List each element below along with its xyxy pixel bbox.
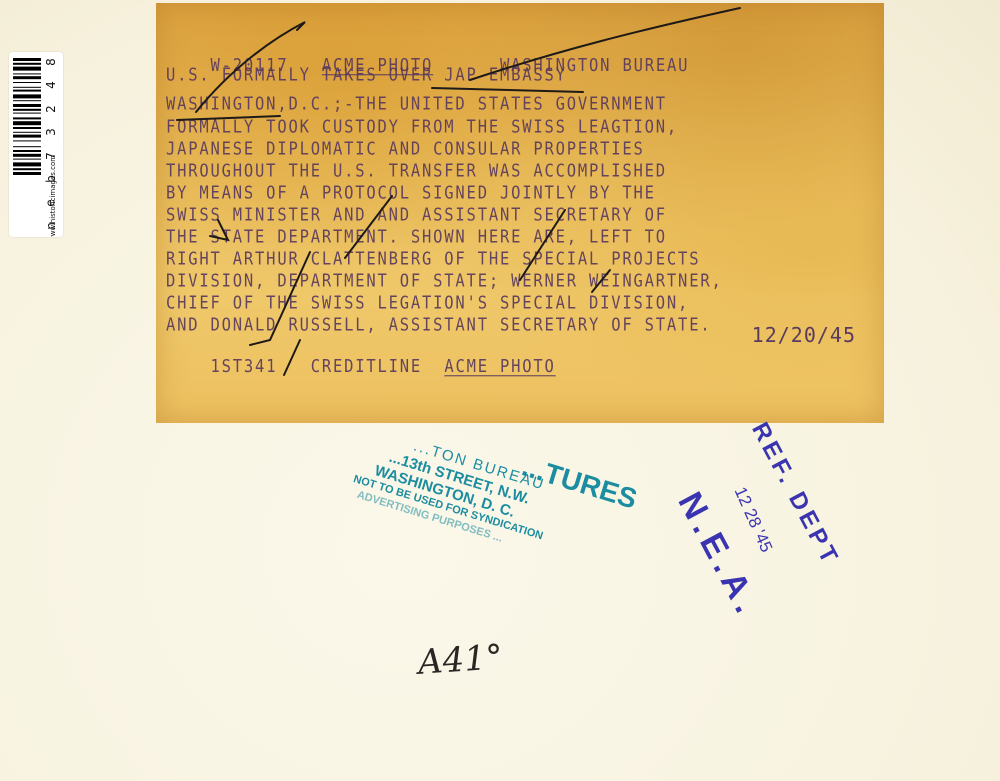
caption-body-line: WASHINGTON,D.C.;-THE UNITED STATES GOVER… [166,94,667,114]
caption-body-line: THE STATE DEPARTMENT. SHOWN HERE ARE, LE… [166,227,667,247]
credit-label: CREDITLINE [311,356,422,376]
caption-body-line: AND DONALD RUSSELL, ASSISTANT SECRETARY … [166,315,711,335]
barcode-char: 4 [45,82,57,90]
caption-headline: U.S. FORMALLY TAKES OVER JAP EMBASSY [166,65,567,85]
barcode-char: 8 [45,58,57,66]
caption-body-line: DIVISION, DEPARTMENT OF STATE; WERNER WE… [166,271,723,291]
caption-body-line: BY MEANS OF A PROTOCOL SIGNED JOINTLY BY… [166,183,656,203]
caption-body-line: FORMALLY TOOK CUSTODY FROM THE SWISS LEA… [166,117,678,137]
handwritten-note: A41° [417,637,504,683]
barcode-char: 2 [45,105,57,113]
barcode-char: 3 [45,128,57,136]
caption-date: 12/20/45 [752,323,856,347]
caption-body-line: SWISS MINISTER AND AND ASSISTANT SECRETA… [166,205,667,225]
credit-value: ACME PHOTO [444,356,555,376]
caption-code: 1ST341 [211,356,278,376]
caption-slip: W-20117 ACME PHOTO WASHINGTON BUREAU U.S… [156,3,884,423]
caption-body-line: RIGHT ARTHUR CLATTENBERG OF THE SPECIAL … [166,249,700,269]
caption-body-line: CHIEF OF THE SWISS LEGATION'S SPECIAL DI… [166,293,689,313]
caption-credit-row: 1ST341 CREDITLINE ACME PHOTO [166,336,556,396]
barcode-label: n e b 7 3 2 4 8 www.historicimages.com [9,52,63,237]
caption-body-line: JAPANESE DIPLOMATIC AND CONSULAR PROPERT… [166,139,645,159]
caption-body-line: THROUGHOUT THE U.S. TRANSFER WAS ACCOMPL… [166,161,667,181]
barcode-bars [13,58,41,230]
barcode-url: www.historicimages.com [49,155,57,237]
